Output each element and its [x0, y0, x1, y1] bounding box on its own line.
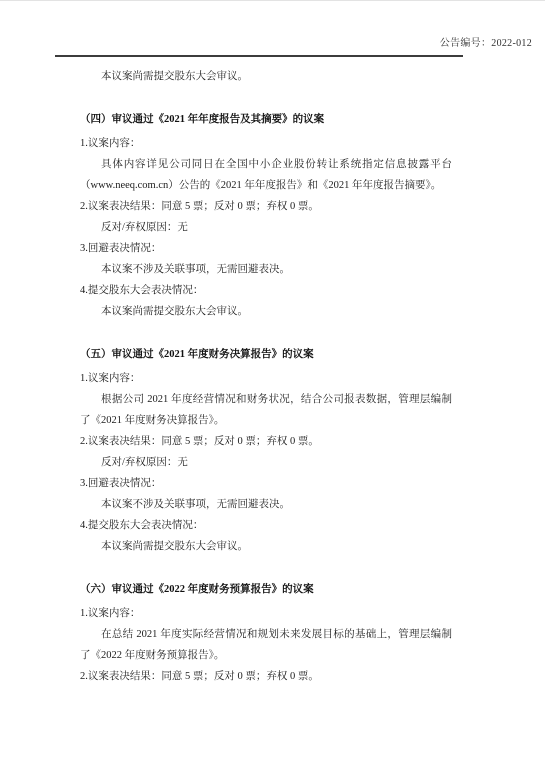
section-title: （五）审议通过《2021 年度财务决算报告》的议案 [80, 344, 452, 365]
paragraph: 在总结 2021 年度实际经营情况和规划未来发展目标的基础上，管理层编制 [80, 624, 452, 645]
paragraph: 具体内容详见公司同日在全国中小企业股份转让系统指定信息披露平台 [80, 154, 452, 175]
paragraph-intro: 本议案尚需提交股东大会审议。 [80, 66, 452, 87]
section-title: （六）审议通过《2022 年度财务预算报告》的议案 [80, 579, 452, 600]
paragraph: 2.议案表决结果：同意 5 票；反对 0 票；弃权 0 票。 [80, 431, 452, 452]
paragraph: 本议案不涉及关联事项，无需回避表决。 [80, 494, 452, 515]
paragraph: 了《2021 年度财务决算报告》。 [80, 410, 452, 431]
paragraph: 根据公司 2021 年度经营情况和财务状况，结合公司报表数据，管理层编制 [80, 389, 452, 410]
section-title: （四）审议通过《2021 年年度报告及其摘要》的议案 [80, 109, 452, 130]
paragraph: 了《2022 年度财务预算报告》。 [80, 645, 452, 666]
header-divider [55, 55, 463, 57]
paragraph: 4.提交股东大会表决情况： [80, 280, 452, 301]
paragraph: 1.议案内容： [80, 368, 452, 389]
paragraph: 反对/弃权原因：无 [80, 452, 452, 473]
doc-number: 公告编号：2022-012 [0, 38, 545, 50]
paragraph: 本议案尚需提交股东大会审议。 [80, 536, 452, 557]
paragraph: （www.neeq.com.cn）公告的《2021 年年度报告》和《2021 年… [80, 175, 452, 196]
paragraph: 1.议案内容： [80, 603, 452, 624]
paragraph: 本议案尚需提交股东大会审议。 [80, 301, 452, 322]
paragraph: 2.议案表决结果：同意 5 票；反对 0 票；弃权 0 票。 [80, 196, 452, 217]
paragraph: 反对/弃权原因：无 [80, 217, 452, 238]
section-5: （五）审议通过《2021 年度财务决算报告》的议案 1.议案内容： 根据公司 2… [80, 344, 452, 557]
section-6: （六）审议通过《2022 年度财务预算报告》的议案 1.议案内容： 在总结 20… [80, 579, 452, 687]
paragraph: 4.提交股东大会表决情况： [80, 515, 452, 536]
paragraph: 1.议案内容： [80, 133, 452, 154]
paragraph: 3.回避表决情况： [80, 473, 452, 494]
paragraph: 2.议案表决结果：同意 5 票；反对 0 票；弃权 0 票。 [80, 666, 452, 687]
paragraph: 本议案不涉及关联事项，无需回避表决。 [80, 259, 452, 280]
document-body: 本议案尚需提交股东大会审议。 （四）审议通过《2021 年年度报告及其摘要》的议… [80, 66, 452, 687]
section-4: （四）审议通过《2021 年年度报告及其摘要》的议案 1.议案内容： 具体内容详… [80, 109, 452, 322]
paragraph: 3.回避表决情况： [80, 238, 452, 259]
document-page: 公告编号：2022-012 本议案尚需提交股东大会审议。 （四）审议通过《202… [0, 0, 545, 772]
